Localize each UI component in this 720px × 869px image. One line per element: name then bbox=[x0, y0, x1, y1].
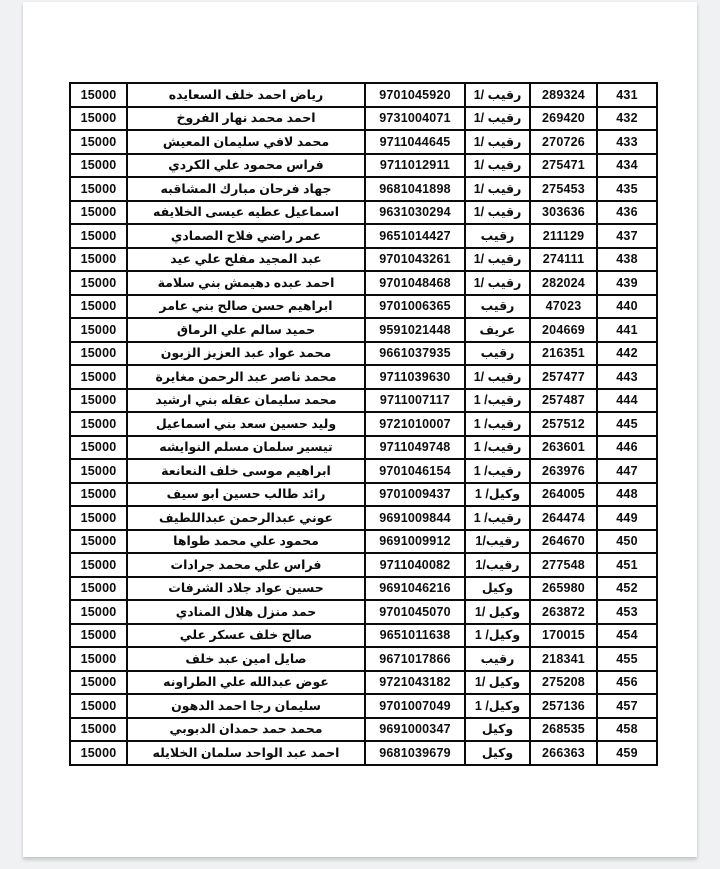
table-row: 443257477رقيب /19711039630محمد ناصر عبد … bbox=[70, 365, 657, 389]
cell-serial: 433 bbox=[597, 130, 657, 154]
cell-name: حمد منزل هلال المنادي bbox=[127, 600, 365, 624]
cell-serial: 452 bbox=[597, 577, 657, 601]
table-row: 434275471رقيب /19711012911فراس محمود علي… bbox=[70, 154, 657, 178]
cell-service-number: 264670 bbox=[530, 530, 597, 554]
cell-name: محمد عواد عبد العزيز الزبون bbox=[127, 342, 365, 366]
cell-serial: 436 bbox=[597, 201, 657, 225]
cell-service-number: 204669 bbox=[530, 318, 597, 342]
table-row: 433270726رقيب /19711044645محمد لافي سليم… bbox=[70, 130, 657, 154]
cell-rank: رقيب bbox=[465, 342, 530, 366]
cell-amount: 15000 bbox=[70, 624, 127, 648]
cell-national-id: 9701009437 bbox=[365, 483, 465, 507]
cell-rank: رقيب /1 bbox=[465, 107, 530, 131]
cell-amount: 15000 bbox=[70, 671, 127, 695]
table-row: 447263976رقيب/ 19701046154ابراهيم موسى خ… bbox=[70, 459, 657, 483]
cell-national-id: 9701046154 bbox=[365, 459, 465, 483]
table-row: 458268535وكيل9691000347محمد حمد حمدان ال… bbox=[70, 718, 657, 742]
cell-national-id: 9701048468 bbox=[365, 271, 465, 295]
table-row: 438274111رقيب /19701043261عبد المجيد مفل… bbox=[70, 248, 657, 272]
document-viewer-background: 431289324رقيب /19701045920رياض احمد خلف … bbox=[0, 0, 720, 869]
cell-amount: 15000 bbox=[70, 154, 127, 178]
cell-name: حميد سالم علي الرماق bbox=[127, 318, 365, 342]
cell-service-number: 218341 bbox=[530, 647, 597, 671]
cell-name: جهاد فرحان مبارك المشاقبه bbox=[127, 177, 365, 201]
cell-rank: وكيل bbox=[465, 741, 530, 765]
table-row: 448264005وكيل/ 19701009437رائد طالب حسين… bbox=[70, 483, 657, 507]
cell-national-id: 9591021448 bbox=[365, 318, 465, 342]
cell-service-number: 289324 bbox=[530, 83, 597, 107]
cell-serial: 455 bbox=[597, 647, 657, 671]
table-row: 435275453رقيب /19681041898جهاد فرحان مبا… bbox=[70, 177, 657, 201]
cell-national-id: 9731004071 bbox=[365, 107, 465, 131]
cell-national-id: 9651014427 bbox=[365, 224, 465, 248]
payment-roster-table: 431289324رقيب /19701045920رياض احمد خلف … bbox=[69, 82, 658, 766]
cell-rank: رقيب /1 bbox=[465, 248, 530, 272]
table-row: 454170015وكيل/ 19651011638صالح خلف عسكر … bbox=[70, 624, 657, 648]
cell-service-number: 275471 bbox=[530, 154, 597, 178]
table-row: 437211129رقيب9651014427عمر راضي فلاح الص… bbox=[70, 224, 657, 248]
cell-service-number: 216351 bbox=[530, 342, 597, 366]
cell-rank: وكيل /1 bbox=[465, 671, 530, 695]
cell-service-number: 303636 bbox=[530, 201, 597, 225]
cell-name: احمد محمد نهار الفروخ bbox=[127, 107, 365, 131]
cell-amount: 15000 bbox=[70, 459, 127, 483]
table-row: 436303636رقيب /19631030294اسماعيل عطيه ع… bbox=[70, 201, 657, 225]
cell-amount: 15000 bbox=[70, 201, 127, 225]
cell-serial: 456 bbox=[597, 671, 657, 695]
cell-service-number: 257487 bbox=[530, 389, 597, 413]
cell-national-id: 9701045070 bbox=[365, 600, 465, 624]
cell-serial: 440 bbox=[597, 295, 657, 319]
cell-name: عوني عبدالرحمن عبداللطيف bbox=[127, 506, 365, 530]
cell-amount: 15000 bbox=[70, 436, 127, 460]
cell-rank: رقيب /1 bbox=[465, 154, 530, 178]
cell-rank: رقيب bbox=[465, 224, 530, 248]
cell-serial: 439 bbox=[597, 271, 657, 295]
cell-serial: 432 bbox=[597, 107, 657, 131]
cell-amount: 15000 bbox=[70, 741, 127, 765]
cell-serial: 450 bbox=[597, 530, 657, 554]
cell-service-number: 275208 bbox=[530, 671, 597, 695]
cell-amount: 15000 bbox=[70, 318, 127, 342]
cell-name: فراس محمود علي الكردي bbox=[127, 154, 365, 178]
cell-service-number: 263976 bbox=[530, 459, 597, 483]
cell-serial: 451 bbox=[597, 553, 657, 577]
table-row: 453263872وكيل /19701045070حمد منزل هلال … bbox=[70, 600, 657, 624]
cell-service-number: 263872 bbox=[530, 600, 597, 624]
cell-service-number: 257136 bbox=[530, 694, 597, 718]
cell-rank: رقيب/ 1 bbox=[465, 459, 530, 483]
table-row: 459266363وكيل9681039679احمد عبد الواحد س… bbox=[70, 741, 657, 765]
cell-national-id: 9691000347 bbox=[365, 718, 465, 742]
cell-service-number: 274111 bbox=[530, 248, 597, 272]
cell-rank: وكيل bbox=[465, 577, 530, 601]
cell-national-id: 9711012911 bbox=[365, 154, 465, 178]
cell-service-number: 268535 bbox=[530, 718, 597, 742]
cell-national-id: 9711040082 bbox=[365, 553, 465, 577]
cell-amount: 15000 bbox=[70, 600, 127, 624]
table-row: 432269420رقيب /19731004071احمد محمد نهار… bbox=[70, 107, 657, 131]
cell-serial: 458 bbox=[597, 718, 657, 742]
cell-national-id: 9701045920 bbox=[365, 83, 465, 107]
cell-amount: 15000 bbox=[70, 412, 127, 436]
cell-national-id: 9661037935 bbox=[365, 342, 465, 366]
cell-serial: 438 bbox=[597, 248, 657, 272]
table-row: 445257512رقيب/ 19721010007وليد حسين سعد … bbox=[70, 412, 657, 436]
cell-name: فراس علي محمد جرادات bbox=[127, 553, 365, 577]
cell-name: رياض احمد خلف السعايده bbox=[127, 83, 365, 107]
cell-serial: 447 bbox=[597, 459, 657, 483]
cell-name: سليمان رجا احمد الدهون bbox=[127, 694, 365, 718]
cell-serial: 443 bbox=[597, 365, 657, 389]
cell-national-id: 9671017866 bbox=[365, 647, 465, 671]
cell-rank: وكيل bbox=[465, 718, 530, 742]
cell-service-number: 270726 bbox=[530, 130, 597, 154]
cell-serial: 431 bbox=[597, 83, 657, 107]
cell-serial: 453 bbox=[597, 600, 657, 624]
cell-rank: رقيب/ 1 bbox=[465, 506, 530, 530]
cell-rank: وكيل/ 1 bbox=[465, 483, 530, 507]
table-row: 441204669عريف9591021448حميد سالم علي الر… bbox=[70, 318, 657, 342]
cell-name: ابراهيم حسن صالح بني عامر bbox=[127, 295, 365, 319]
cell-serial: 437 bbox=[597, 224, 657, 248]
cell-rank: رقيب/ 1 bbox=[465, 436, 530, 460]
cell-amount: 15000 bbox=[70, 177, 127, 201]
cell-amount: 15000 bbox=[70, 130, 127, 154]
cell-amount: 15000 bbox=[70, 365, 127, 389]
cell-name: رائد طالب حسين ابو سيف bbox=[127, 483, 365, 507]
cell-service-number: 264005 bbox=[530, 483, 597, 507]
cell-amount: 15000 bbox=[70, 295, 127, 319]
table-row: 451277548رقيب/19711040082فراس علي محمد ج… bbox=[70, 553, 657, 577]
cell-amount: 15000 bbox=[70, 389, 127, 413]
cell-name: ابراهيم موسى خلف النعانعة bbox=[127, 459, 365, 483]
table-row: 450264670رقيب/19691009912محمود علي محمد … bbox=[70, 530, 657, 554]
cell-name: اسماعيل عطيه عيسى الخلايفه bbox=[127, 201, 365, 225]
table-row: 444257487رقيب/ 19711007117محمد سليمان عق… bbox=[70, 389, 657, 413]
cell-name: وليد حسين سعد بني اسماعيل bbox=[127, 412, 365, 436]
cell-name: صايل امين عبد خلف bbox=[127, 647, 365, 671]
cell-rank: رقيب /1 bbox=[465, 365, 530, 389]
cell-service-number: 265980 bbox=[530, 577, 597, 601]
cell-national-id: 9691046216 bbox=[365, 577, 465, 601]
cell-name: تيسير سلمان مسلم النوايشه bbox=[127, 436, 365, 460]
cell-amount: 15000 bbox=[70, 342, 127, 366]
table-row: 431289324رقيب /19701045920رياض احمد خلف … bbox=[70, 83, 657, 107]
cell-amount: 15000 bbox=[70, 577, 127, 601]
cell-service-number: 211129 bbox=[530, 224, 597, 248]
cell-name: حسين عواد جلاد الشرفات bbox=[127, 577, 365, 601]
cell-name: صالح خلف عسكر علي bbox=[127, 624, 365, 648]
cell-rank: رقيب /1 bbox=[465, 201, 530, 225]
table-row: 452265980وكيل9691046216حسين عواد جلاد ال… bbox=[70, 577, 657, 601]
cell-amount: 15000 bbox=[70, 530, 127, 554]
cell-rank: رقيب/ 1 bbox=[465, 389, 530, 413]
cell-name: محمد لافي سليمان المعيش bbox=[127, 130, 365, 154]
cell-national-id: 9711044645 bbox=[365, 130, 465, 154]
cell-serial: 434 bbox=[597, 154, 657, 178]
cell-national-id: 9691009912 bbox=[365, 530, 465, 554]
cell-national-id: 9681039679 bbox=[365, 741, 465, 765]
cell-serial: 454 bbox=[597, 624, 657, 648]
cell-rank: عريف bbox=[465, 318, 530, 342]
cell-name: عبد المجيد مفلح علي عيد bbox=[127, 248, 365, 272]
cell-service-number: 264474 bbox=[530, 506, 597, 530]
cell-rank: رقيب /1 bbox=[465, 271, 530, 295]
cell-amount: 15000 bbox=[70, 718, 127, 742]
cell-name: احمد عبده دهيمش بني سلامة bbox=[127, 271, 365, 295]
document-page: 431289324رقيب /19701045920رياض احمد خلف … bbox=[23, 2, 697, 857]
cell-service-number: 266363 bbox=[530, 741, 597, 765]
cell-name: احمد عبد الواحد سلمان الخلايله bbox=[127, 741, 365, 765]
cell-name: محمد حمد حمدان الدبوبي bbox=[127, 718, 365, 742]
cell-name: محمد سليمان عقله بني ارشيد bbox=[127, 389, 365, 413]
cell-rank: وكيل/ 1 bbox=[465, 694, 530, 718]
cell-serial: 449 bbox=[597, 506, 657, 530]
cell-rank: رقيب bbox=[465, 647, 530, 671]
cell-amount: 15000 bbox=[70, 83, 127, 107]
cell-rank: رقيب/1 bbox=[465, 553, 530, 577]
cell-serial: 441 bbox=[597, 318, 657, 342]
cell-service-number: 282024 bbox=[530, 271, 597, 295]
cell-rank: رقيب/1 bbox=[465, 530, 530, 554]
cell-serial: 445 bbox=[597, 412, 657, 436]
cell-amount: 15000 bbox=[70, 107, 127, 131]
cell-service-number: 269420 bbox=[530, 107, 597, 131]
cell-amount: 15000 bbox=[70, 224, 127, 248]
table-row: 456275208وكيل /19721043182عوض عبدالله عل… bbox=[70, 671, 657, 695]
cell-amount: 15000 bbox=[70, 647, 127, 671]
cell-rank: وكيل /1 bbox=[465, 600, 530, 624]
cell-national-id: 9711049748 bbox=[365, 436, 465, 460]
cell-amount: 15000 bbox=[70, 553, 127, 577]
cell-national-id: 9701007049 bbox=[365, 694, 465, 718]
cell-serial: 448 bbox=[597, 483, 657, 507]
cell-amount: 15000 bbox=[70, 506, 127, 530]
cell-amount: 15000 bbox=[70, 248, 127, 272]
cell-name: عمر راضي فلاح الصمادي bbox=[127, 224, 365, 248]
cell-serial: 442 bbox=[597, 342, 657, 366]
cell-rank: رقيب bbox=[465, 295, 530, 319]
table-row: 457257136وكيل/ 19701007049سليمان رجا احم… bbox=[70, 694, 657, 718]
cell-serial: 459 bbox=[597, 741, 657, 765]
cell-service-number: 170015 bbox=[530, 624, 597, 648]
cell-national-id: 9721010007 bbox=[365, 412, 465, 436]
cell-amount: 15000 bbox=[70, 271, 127, 295]
cell-national-id: 9681041898 bbox=[365, 177, 465, 201]
cell-amount: 15000 bbox=[70, 694, 127, 718]
cell-rank: وكيل/ 1 bbox=[465, 624, 530, 648]
cell-service-number: 277548 bbox=[530, 553, 597, 577]
cell-national-id: 9701006365 bbox=[365, 295, 465, 319]
cell-name: محمد ناصر عبد الرحمن مغايرة bbox=[127, 365, 365, 389]
cell-rank: رقيب /1 bbox=[465, 130, 530, 154]
table-row: 446263601رقيب/ 19711049748تيسير سلمان مس… bbox=[70, 436, 657, 460]
table-row: 455218341رقيب9671017866صايل امين عبد خلف… bbox=[70, 647, 657, 671]
cell-serial: 457 bbox=[597, 694, 657, 718]
cell-rank: رقيب /1 bbox=[465, 83, 530, 107]
cell-service-number: 263601 bbox=[530, 436, 597, 460]
table-row: 439282024رقيب /19701048468احمد عبده دهيم… bbox=[70, 271, 657, 295]
cell-serial: 435 bbox=[597, 177, 657, 201]
cell-national-id: 9631030294 bbox=[365, 201, 465, 225]
cell-amount: 15000 bbox=[70, 483, 127, 507]
cell-service-number: 47023 bbox=[530, 295, 597, 319]
cell-rank: رقيب /1 bbox=[465, 177, 530, 201]
cell-serial: 446 bbox=[597, 436, 657, 460]
cell-service-number: 275453 bbox=[530, 177, 597, 201]
table-body: 431289324رقيب /19701045920رياض احمد خلف … bbox=[70, 83, 657, 765]
cell-service-number: 257477 bbox=[530, 365, 597, 389]
cell-name: عوض عبدالله علي الطراونه bbox=[127, 671, 365, 695]
cell-service-number: 257512 bbox=[530, 412, 597, 436]
cell-national-id: 9701043261 bbox=[365, 248, 465, 272]
cell-national-id: 9711039630 bbox=[365, 365, 465, 389]
cell-rank: رقيب/ 1 bbox=[465, 412, 530, 436]
cell-name: محمود علي محمد طواها bbox=[127, 530, 365, 554]
cell-national-id: 9691009844 bbox=[365, 506, 465, 530]
table-row: 449264474رقيب/ 19691009844عوني عبدالرحمن… bbox=[70, 506, 657, 530]
cell-national-id: 9711007117 bbox=[365, 389, 465, 413]
cell-serial: 444 bbox=[597, 389, 657, 413]
table-row: 442216351رقيب9661037935محمد عواد عبد الع… bbox=[70, 342, 657, 366]
cell-national-id: 9721043182 bbox=[365, 671, 465, 695]
cell-national-id: 9651011638 bbox=[365, 624, 465, 648]
table-row: 44047023رقيب9701006365ابراهيم حسن صالح ب… bbox=[70, 295, 657, 319]
